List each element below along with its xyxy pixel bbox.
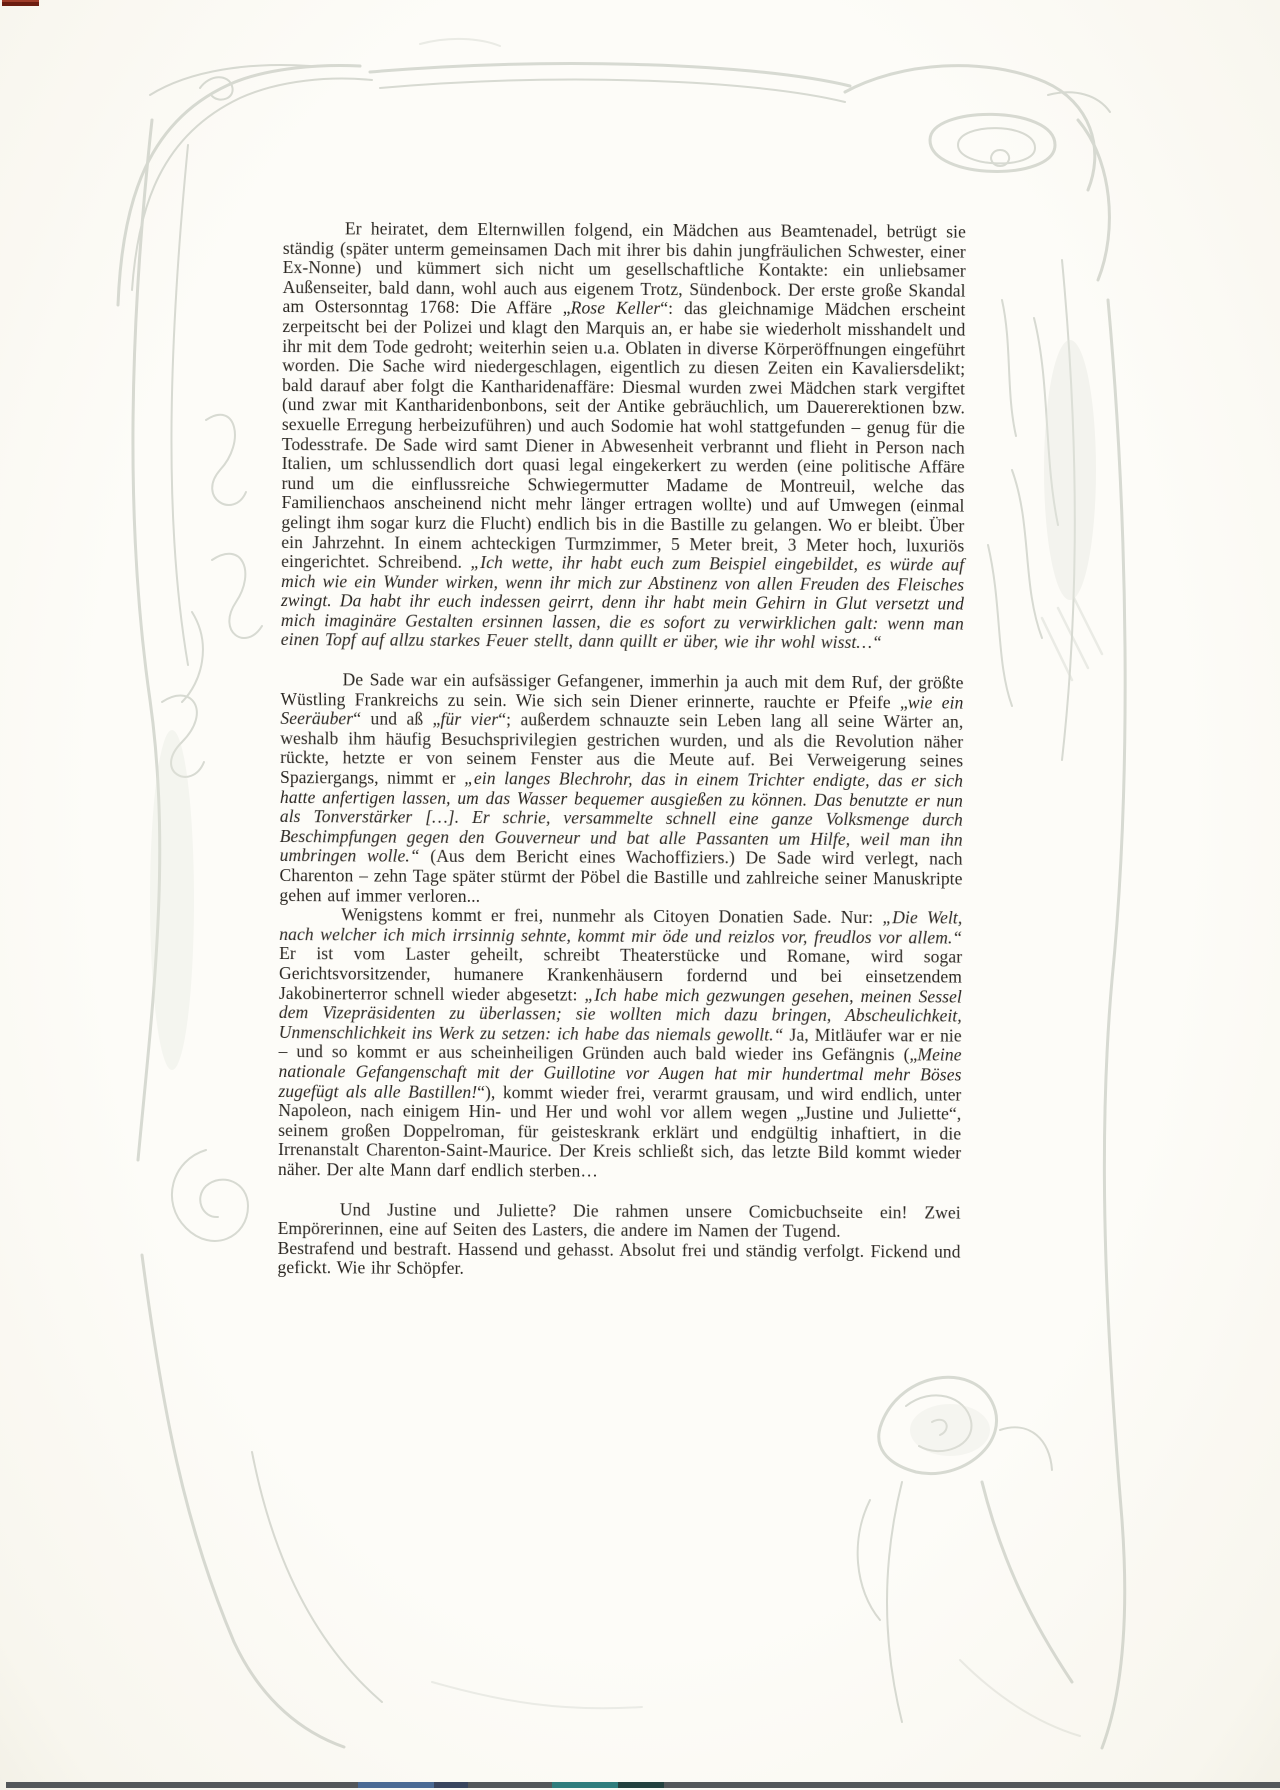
paragraph: Bestrafend und bestraft. Hassend und geh…: [277, 1239, 960, 1282]
paragraph: De Sade war ein aufsässiger Gefangener, …: [279, 670, 963, 909]
paragraph: Wenigstens kommt er frei, nunmehr als Ci…: [278, 905, 962, 1183]
scan-bar-segment-teal: [552, 1782, 618, 1788]
text-run: Und Justine und Juliette? Die rahmen uns…: [278, 1199, 961, 1241]
scan-bar-segment-blue: [358, 1782, 434, 1788]
scanned-page: Er heiratet, dem Elternwillen folgend, e…: [0, 0, 1280, 1790]
scan-edge-mark-top-left: [2, 0, 39, 6]
text-run: De Sade war ein aufsässiger Gefangener, …: [280, 669, 963, 712]
scan-edge-bar-bottom: [6, 1782, 1280, 1788]
text-run: für vier: [440, 709, 498, 729]
text-run: Bestrafend und bestraft. Hassend und geh…: [277, 1238, 960, 1279]
text-run: “: das gleichnamige Mädchen erscheint ze…: [281, 298, 965, 572]
text-run: “ und aß „: [353, 709, 440, 729]
scan-bar-segment-dark-teal: [618, 1782, 664, 1788]
paragraph: Er heiratet, dem Elternwillen folgend, e…: [281, 219, 966, 654]
article-text: Er heiratet, dem Elternwillen folgend, e…: [277, 219, 966, 1281]
paragraph: Und Justine und Juliette? Die rahmen uns…: [278, 1199, 961, 1242]
scan-bar-segment-navy: [434, 1782, 468, 1788]
text-run: Rose Keller: [571, 298, 661, 318]
